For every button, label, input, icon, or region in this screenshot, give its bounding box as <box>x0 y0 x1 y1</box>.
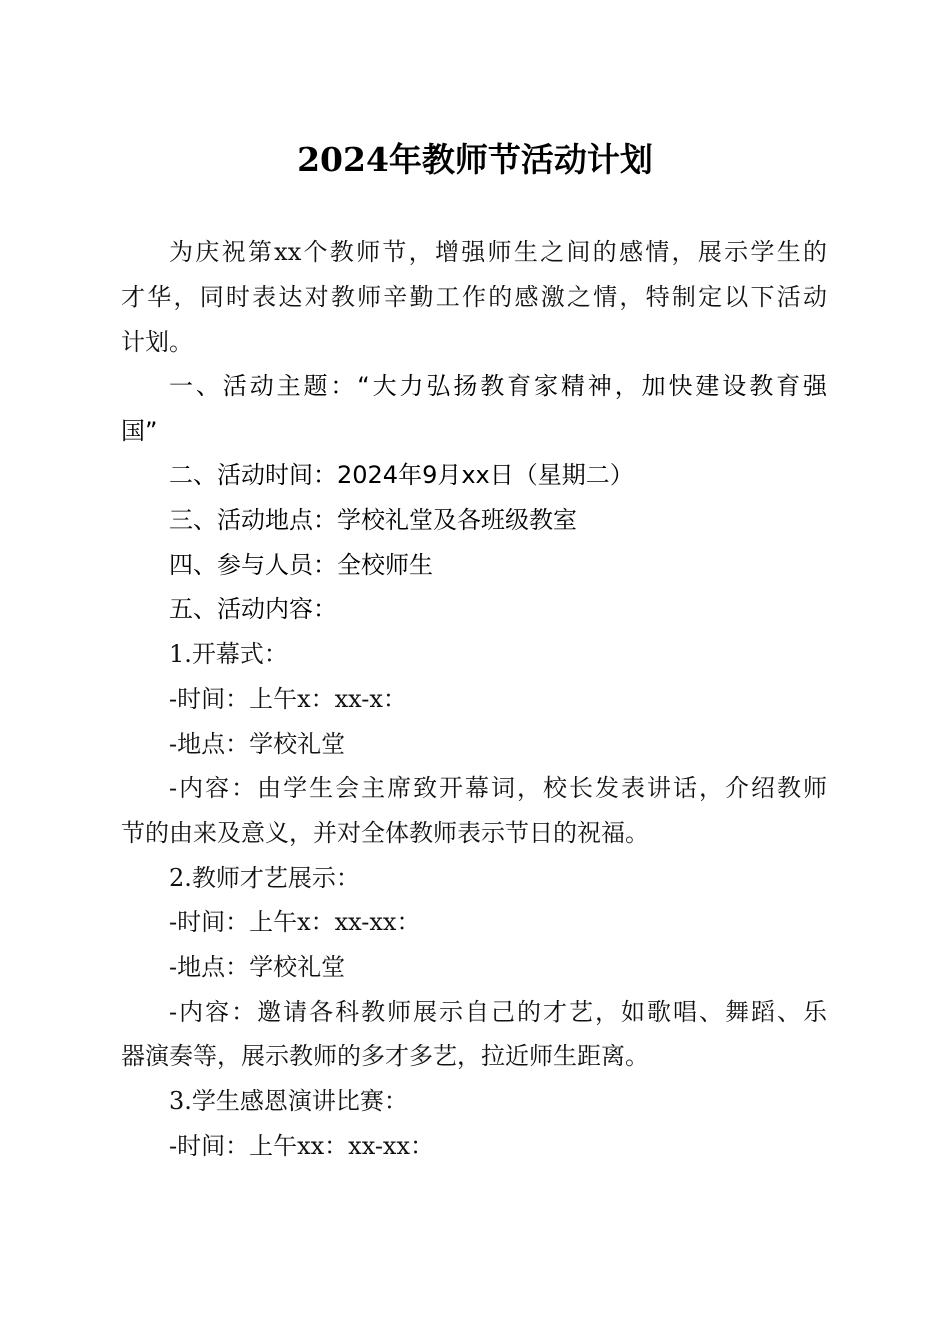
section-content-heading: 五、活动内容： <box>169 593 337 625</box>
section-time: 二、活动时间：2024年9月xx日（星期二） <box>169 459 634 491</box>
activity-content-continued: 器演奏等，展示教师的多才多艺，拉近师生距离。 <box>121 1040 649 1072</box>
activity-time: -时间：上午x：xx-xx： <box>169 906 420 938</box>
activity-content: -内容：邀请各科教师展示自己的才艺，如歌唱、舞蹈、乐 <box>169 996 827 1028</box>
section-participants: 四、参与人员：全校师生 <box>169 549 433 581</box>
section-location: 三、活动地点：学校礼堂及各班级教室 <box>169 504 577 536</box>
activity-place: -地点：学校礼堂 <box>169 951 345 983</box>
intro-paragraph-line: 计划。 <box>121 326 193 358</box>
activity-heading: 1.开幕式： <box>169 638 288 670</box>
activity-heading: 3.学生感恩演讲比赛： <box>169 1085 408 1117</box>
activity-place: -地点：学校礼堂 <box>169 728 345 760</box>
document-title: 2024年教师节活动计划 <box>0 138 950 182</box>
activity-time: -时间：上午xx：xx-xx： <box>169 1130 434 1162</box>
activity-content: -内容：由学生会主席致开幕词，校长发表讲话，介绍教师 <box>169 772 827 804</box>
section-theme: 一、活动主题：“大力弘扬教育家精神，加快建设教育强 <box>169 370 827 402</box>
activity-heading: 2.教师才艺展示： <box>169 862 360 894</box>
intro-paragraph-line: 才华，同时表达对教师辛勤工作的感激之情，特制定以下活动 <box>121 281 827 313</box>
activity-time: -时间：上午x：xx-x： <box>169 683 407 715</box>
intro-paragraph-line: 为庆祝第xx个教师节，增强师生之间的感情，展示学生的 <box>169 236 827 268</box>
activity-content-continued: 节的由来及意义，并对全体教师表示节日的祝福。 <box>121 817 649 849</box>
section-theme-continued: 国” <box>121 415 157 447</box>
document-page: 2024年教师节活动计划 为庆祝第xx个教师节，增强师生之间的感情，展示学生的 … <box>0 0 950 1344</box>
